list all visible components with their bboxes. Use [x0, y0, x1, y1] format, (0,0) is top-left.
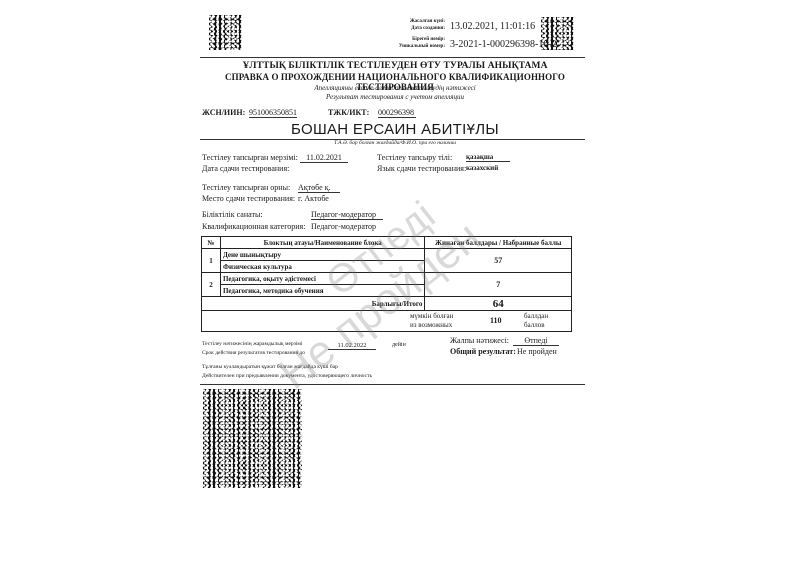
test-date-value: 11.02.2021 — [300, 153, 348, 163]
row-number: 2 — [202, 273, 221, 297]
iin-label: ЖСН/ИИН: — [202, 108, 245, 117]
test-date-label-ru: Дата сдачи тестирования: — [202, 164, 289, 173]
header-divider — [200, 57, 585, 58]
row-number: 1 — [202, 249, 221, 273]
ikt-label: ТЖК/ИКТ: — [328, 108, 369, 117]
created-label: Жасалған күні: Дата создания: — [385, 18, 445, 32]
ikt-value: 000296398 — [378, 108, 416, 118]
max-score: 110 — [490, 316, 502, 325]
created-value: 13.02.2021, 11:01:16 — [450, 21, 535, 32]
test-lang-label-kz: Тестілеу тапсыру тілі: — [377, 153, 452, 162]
total-score: 64 — [425, 297, 572, 311]
test-lang-label-ru: Язык сдачи тестирования: — [377, 164, 466, 173]
col-number-header: № — [202, 237, 221, 249]
category-value-ru: Педагог-модератор — [311, 222, 376, 231]
test-lang-value-kz: қазақша — [466, 153, 510, 162]
footer-divider — [200, 384, 585, 385]
name-caption: Т.А.Ә. бар болған жағдайда/Ф.И.О. при ег… — [195, 140, 595, 146]
unique-label: Бірегей нөмір: Уникальный номер: — [385, 36, 445, 50]
result-value-kz: Өтпеді — [513, 336, 559, 346]
result-label-ru: Общий результат: — [450, 347, 516, 356]
subtitle-kz: Апелляцияны есепке алғандағы тестілеудің… — [195, 84, 595, 92]
test-place-label-kz: Тестілеу тапсырған орны: — [202, 183, 290, 192]
unique-number: 3-2021-1-000296398-16-2 — [450, 39, 557, 50]
person-full-name: БОШАН ЕРСАИН АБИТІҰЛЫ — [195, 121, 595, 138]
iin-value: 951006350851 — [249, 108, 297, 118]
max-unit: баллдан баллов — [524, 312, 548, 330]
test-place-value-ru: г. Актобе — [298, 194, 329, 203]
validity-suffix: дейін — [392, 342, 406, 348]
subtitle-ru: Результат тестирования с учетом апелляци… — [195, 93, 595, 101]
test-date-label-kz: Тестілеу тапсырған мерзімі: — [202, 153, 298, 162]
result-label-kz: Жалпы нәтижесі: — [450, 336, 509, 345]
category-label-kz: Біліктілік санаты: — [202, 210, 263, 219]
test-place-value-kz: Ақтөбе қ. — [298, 183, 340, 193]
category-value-kz: Педагог-модератор — [311, 210, 383, 220]
test-place-label-ru: Место сдачи тестирования: — [202, 194, 295, 203]
max-label: мүмкін болған из возможных — [410, 312, 453, 330]
qr-code-left — [209, 15, 242, 50]
category-label-ru: Квалификационная категория: — [202, 222, 305, 231]
qr-code-large — [203, 389, 302, 488]
test-lang-value-ru: казахский — [466, 164, 498, 172]
title-kz: ҰЛТТЫҚ БІЛІКТІЛІК ТЕСТІЛЕУДЕН ӨТУ ТУРАЛЫ… — [195, 61, 595, 71]
result-value-ru: Не пройден — [517, 347, 557, 356]
